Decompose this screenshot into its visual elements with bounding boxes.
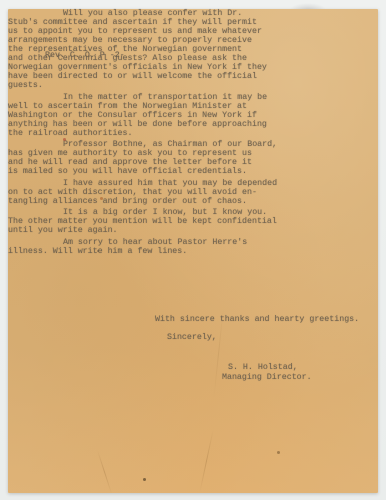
letter-paper: Rev. C. O. P -2- Will you also please co… (8, 9, 378, 493)
paper-speck (100, 197, 103, 200)
letter-paragraph: It is a big order I know, but I know you… (8, 208, 290, 235)
letter-body: Will you also please confer with Dr. Stu… (8, 9, 290, 256)
closing-sincerely-line: Sincerely, (167, 333, 217, 342)
paper-crease (97, 450, 112, 494)
letter-paragraph: Professor Bothne, as Chairman of our Boa… (8, 140, 290, 176)
scanned-letter-photo: Rev. C. O. P -2- Will you also please co… (0, 0, 386, 500)
closing-thanks-line: With sincere thanks and hearty greetings… (155, 315, 359, 324)
paper-crease (199, 430, 213, 493)
signature-name: S. H. Holstad, (228, 363, 298, 372)
letter-paragraph: In the matter of transportation it may b… (8, 93, 290, 138)
paper-speck (143, 478, 146, 481)
letter-paragraph: Am sorry to hear about Pastor Herre's il… (8, 238, 290, 256)
paper-speck (63, 138, 66, 141)
paper-speck (97, 250, 99, 252)
signature-title: Managing Director. (222, 373, 312, 382)
letter-paragraph: Will you also please confer with Dr. Stu… (8, 9, 290, 90)
paper-speck (277, 451, 280, 454)
letter-paragraph: I have assured him that you may be depen… (8, 179, 290, 206)
